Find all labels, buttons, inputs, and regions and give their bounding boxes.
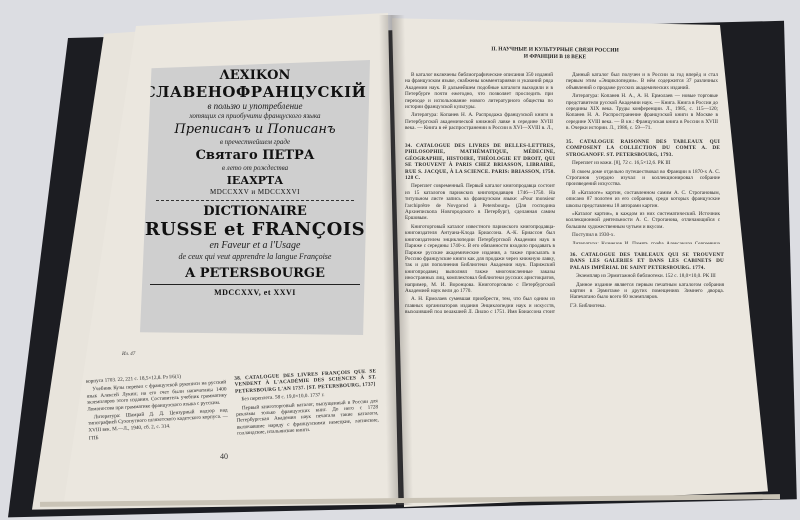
plate-line: ІЕАХРТА <box>140 175 370 186</box>
entry-35: 35. CATALOGUE RAISONNÉ DES TABLEAUX QUI … <box>566 139 720 244</box>
plate-ornament <box>156 200 354 201</box>
entry-library: ГЭ. Библиотека. <box>570 303 724 309</box>
plate-rule <box>150 284 360 285</box>
entry-paragraph: Литература: Копанев Н. А., А. Н. Ермолае… <box>566 93 718 131</box>
figure-caption: Ил. 47 <box>122 352 135 357</box>
plate-line: в пречестнейшем граде <box>140 139 370 146</box>
plate-line: хотящих ся приобучити француского языка <box>140 113 370 120</box>
plate-line: Преписанъ и Пописанъ <box>140 123 370 136</box>
plate-line: Святаго ПЕТРА <box>140 149 370 162</box>
entry-paragraph: Переплет современный. Первый каталог кни… <box>405 183 555 221</box>
entry-paragraph: Поступил в 1930-х. <box>566 232 720 238</box>
entry-38: 38. CATALOGUE DES LIVRES FRANÇOIS QUE SE… <box>234 368 380 447</box>
entry-paragraph: В своем доме отдельно путешествовал во Ф… <box>566 169 720 188</box>
plate-line: ΛΕΧΙΚΟΝ <box>140 69 370 82</box>
plate-line: en Faveur et a l'Usage <box>140 241 370 251</box>
plate-line: в лето от рождества <box>140 165 370 172</box>
plate-line: СЛАВЕНОФРАНЦУСКІЙ <box>140 85 370 100</box>
plate-line: в пользю и употребление <box>140 102 370 111</box>
entry-paragraph: Первый книготорговый каталог, выпущенный… <box>236 398 379 437</box>
entry-imprint: Переплет из кожи. [8], 72 с. 16,5×12,6. … <box>566 160 720 166</box>
entry-paragraph: Литература: Кузнецов И. Память графа Але… <box>566 241 720 244</box>
entry-paragraph: Литература: Копанев Н. А. Распродажа фра… <box>405 112 553 132</box>
plate-line: MDCCXXV, et XXVI <box>140 289 370 297</box>
entry-heading: 34. CATALOGUE DES LIVRES DE BELLES-LETTR… <box>405 143 555 181</box>
plate-line: RUSSE et FRANÇOIS <box>140 221 370 239</box>
entry-paragraph: В каталог включены библиографические опи… <box>405 72 553 110</box>
entry-paragraph: Книготорговый каталог известного парижск… <box>405 224 555 294</box>
col2-intro: Данный каталог был получен и в России за… <box>566 72 718 132</box>
entry-paragraph: А. Н. Ермолаев сумевшая приобрести, тем,… <box>405 296 555 313</box>
col1-intro: В каталог включены библиографические опи… <box>405 72 553 132</box>
entry-paragraph: Данное издание является первым печатным … <box>570 282 724 301</box>
running-head: II. НАУЧНЫЕ И КУЛЬТУРНЫЕ СВЯЗИ РОССИИ И … <box>480 46 630 61</box>
plate-line: de ceux qui veut apprendre la langue Fra… <box>140 253 370 261</box>
entry-left-continued: корпуса 1703. 22, 221 с. 18,5×12,8. Рз I… <box>86 371 231 468</box>
page-number: 40 <box>220 452 228 461</box>
entry-imprint: Экземпляр из Эрмитажной библиотеки. 152 … <box>570 273 724 279</box>
entry-paragraph: Данный каталог был получен и в России за… <box>566 72 718 91</box>
entry-paragraph: В «Каталоге» картин, составленном самим … <box>566 190 720 209</box>
entry-heading: 35. CATALOGUE RAISONNÉ DES TABLEAUX QUI … <box>566 139 720 158</box>
plate-line: MDCCXXV и MDCCXXVI <box>140 189 370 196</box>
entry-paragraph: «Каталог картин», в каждом из них систем… <box>566 211 720 230</box>
entry-36: 36. CATALOGUE DES TABLEAUX QUI SE TROUVE… <box>570 252 724 312</box>
facsimile-title-page: ΛΕΧΙΚΟΝ СЛАВЕНОФРАНЦУСКІЙ в пользю и упо… <box>140 60 370 335</box>
entry-heading: 36. CATALOGUE DES TABLEAUX QUI SE TROUVE… <box>570 252 724 271</box>
entry-34: 34. CATALOGUE DES LIVRES DE BELLES-LETTR… <box>405 143 555 313</box>
book-photo: ΛΕΧΙΚΟΝ СЛАВЕНОФРАНЦУСКІЙ в пользю и упо… <box>0 0 800 520</box>
plate-line: A PETERSBOURGE <box>140 267 370 280</box>
plate-line: DICTIONAIRE <box>140 205 370 218</box>
